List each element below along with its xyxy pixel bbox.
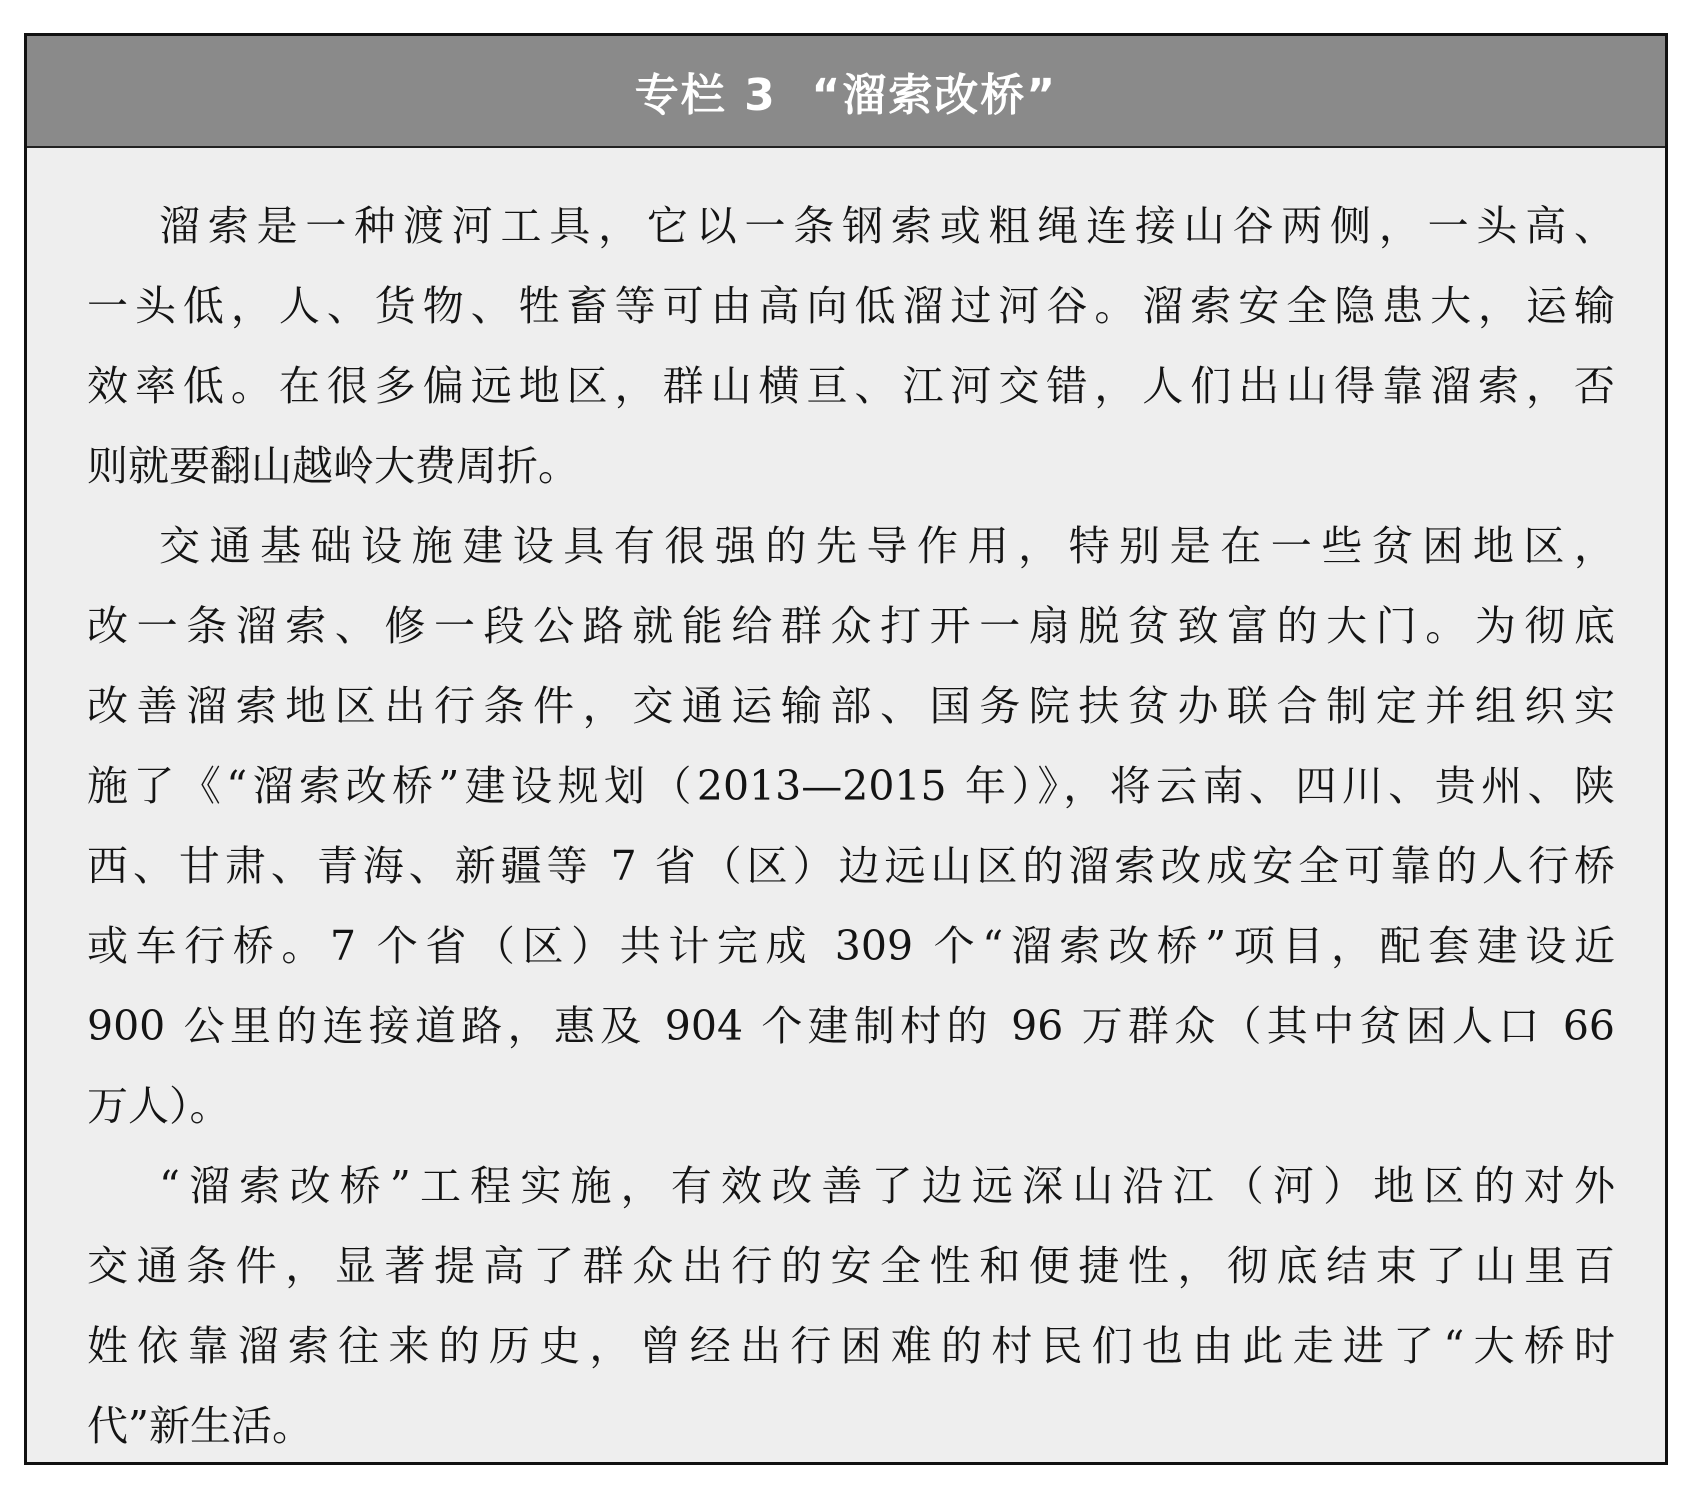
text-line: 改善溜索地区出行条件，交通运输部、国务院扶贫办联合制定并组织实 bbox=[87, 666, 1615, 746]
text-line: 改一条溜索、修一段公路就能给群众打开一扇脱贫致富的大门。为彻底 bbox=[87, 586, 1615, 666]
column-box: 专栏 3 “溜索改桥” 溜索是一种渡河工具，它以一条钢索或粗绳连接山谷两侧，一头… bbox=[24, 33, 1668, 1465]
paragraph-2: 交通基础设施建设具有很强的先导作用，特别是在一些贫困地区， 改一条溜索、修一段公… bbox=[87, 506, 1615, 1146]
text-line: 西、甘肃、青海、新疆等 7 省（区）边远山区的溜索改成安全可靠的人行桥 bbox=[87, 826, 1615, 906]
text-line: 万人）。 bbox=[87, 1066, 1615, 1146]
text-line: 溜索是一种渡河工具，它以一条钢索或粗绳连接山谷两侧，一头高、 bbox=[87, 186, 1615, 266]
paragraph-3: “溜索改桥”工程实施，有效改善了边远深山沿江（河）地区的对外 交通条件，显著提高… bbox=[87, 1146, 1615, 1466]
text-line: 900 公里的连接道路，惠及 904 个建制村的 96 万群众（其中贫困人口 6… bbox=[87, 986, 1615, 1066]
text-line: 代”新生活。 bbox=[87, 1386, 1615, 1466]
text-line: 交通条件，显著提高了群众出行的安全性和便捷性，彻底结束了山里百 bbox=[87, 1226, 1615, 1306]
column-header: 专栏 3 “溜索改桥” bbox=[27, 36, 1665, 148]
text-line: 姓依靠溜索往来的历史，曾经出行困难的村民们也由此走进了“大桥时 bbox=[87, 1306, 1615, 1386]
text-line: 一头低，人、货物、牲畜等可由高向低溜过河谷。溜索安全隐患大，运输 bbox=[87, 266, 1615, 346]
text-line: “溜索改桥”工程实施，有效改善了边远深山沿江（河）地区的对外 bbox=[87, 1146, 1615, 1226]
text-line: 则就要翻山越岭大费周折。 bbox=[87, 426, 1615, 506]
paragraph-1: 溜索是一种渡河工具，它以一条钢索或粗绳连接山谷两侧，一头高、 一头低，人、货物、… bbox=[87, 186, 1615, 506]
column-title: 专栏 3 “溜索改桥” bbox=[635, 59, 1057, 123]
text-line: 或车行桥。7 个省（区）共计完成 309 个“溜索改桥”项目，配套建设近 bbox=[87, 906, 1615, 986]
text-line: 施了《“溜索改桥”建设规划（2013—2015 年）》，将云南、四川、贵州、陕 bbox=[87, 746, 1615, 826]
text-line: 交通基础设施建设具有很强的先导作用，特别是在一些贫困地区， bbox=[87, 506, 1615, 586]
text-line: 效率低。在很多偏远地区，群山横亘、江河交错，人们出山得靠溜索，否 bbox=[87, 346, 1615, 426]
column-body: 溜索是一种渡河工具，它以一条钢索或粗绳连接山谷两侧，一头高、 一头低，人、货物、… bbox=[87, 186, 1615, 1466]
